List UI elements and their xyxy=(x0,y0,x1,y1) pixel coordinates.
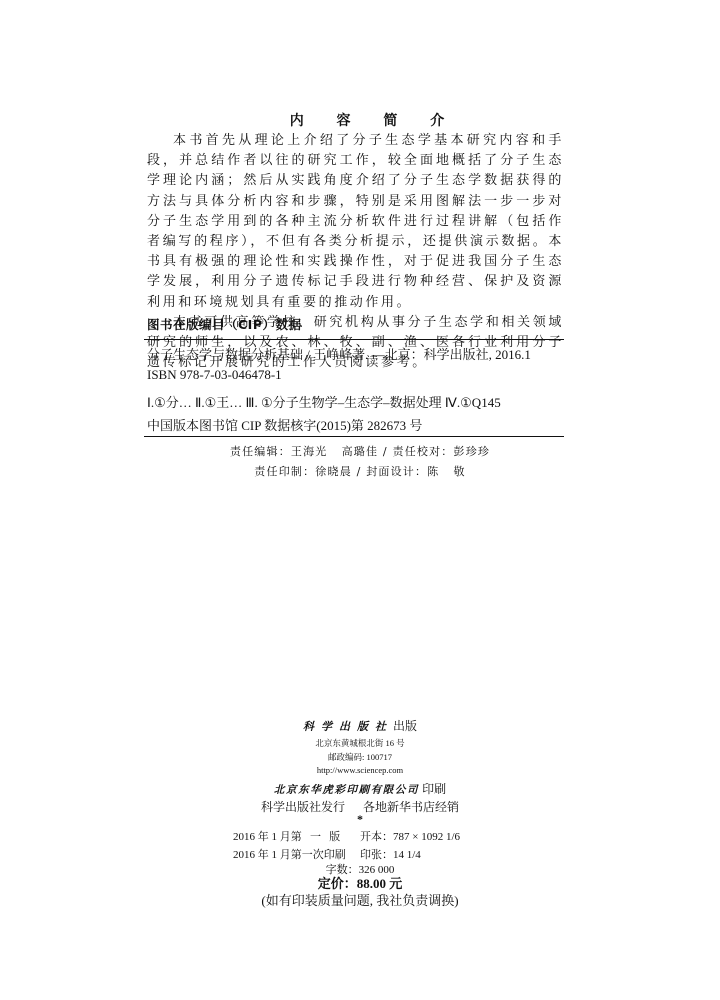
cip-title: 图书在版编目（CIP）数据 xyxy=(147,315,302,333)
cip-line-classification: Ⅰ.①分… Ⅱ.①王… Ⅲ. ①分子生物学–生态学–数据处理 Ⅳ.①Q145 xyxy=(147,392,501,411)
book-summary: 本书首先从理论上介绍了分子生态学基本研究内容和手段，并总结作者以往的研究工作，较… xyxy=(147,131,564,373)
summary-paragraph: 本书首先从理论上介绍了分子生态学基本研究内容和手段，并总结作者以往的研究工作，较… xyxy=(147,131,564,313)
printer-line: 北京东华虎彩印刷有限公司 印刷 xyxy=(0,780,720,797)
credits-production: 责任印制：徐晓晨 / 封面设计：陈 敬 xyxy=(0,463,720,479)
printing-info: 2016 年 1 月第一次印刷 xyxy=(233,846,346,862)
cip-line-isbn: ISBN 978-7-03-046478-1 xyxy=(147,367,282,383)
publisher-suffix: 出版 xyxy=(393,719,417,733)
summary-heading: 内 容 简 介 xyxy=(0,110,720,130)
publisher-line: 科学出版社出版 xyxy=(0,717,720,734)
cip-line-record: 中国版本图书馆 CIP 数据核字(2015)第 282673 号 xyxy=(147,415,422,434)
credits-editors: 责任编辑：王海光 高璐佳 / 责任校对：彭珍珍 xyxy=(0,443,720,459)
publisher-address: 北京东黄城根北街 16 号 xyxy=(0,737,720,749)
publisher-postcode: 邮政编码: 100717 xyxy=(0,751,720,763)
quality-note: (如有印装质量问题, 我社负责调换) xyxy=(0,890,720,909)
printer-suffix: 印刷 xyxy=(422,782,446,796)
publisher-brand: 科学出版社 xyxy=(303,721,393,733)
cip-line-title: 分子生态学与数据分析基础 / 王峥峰著. —北京：科学出版社, 2016.1 xyxy=(147,344,531,363)
separator-star: * xyxy=(0,812,720,827)
publisher-url: http://www.sciencep.com xyxy=(0,765,720,775)
edition-info: 2016 年 1 月第 一 版 xyxy=(233,828,340,844)
cip-top-rule xyxy=(144,339,564,340)
printer-brand: 北京东华虎彩印刷有限公司 xyxy=(274,785,419,796)
format-info: 开本：787 × 1092 1/6 xyxy=(360,828,460,844)
cip-bottom-rule xyxy=(144,436,564,437)
sheets-info: 印张：14 1/4 xyxy=(360,846,421,862)
